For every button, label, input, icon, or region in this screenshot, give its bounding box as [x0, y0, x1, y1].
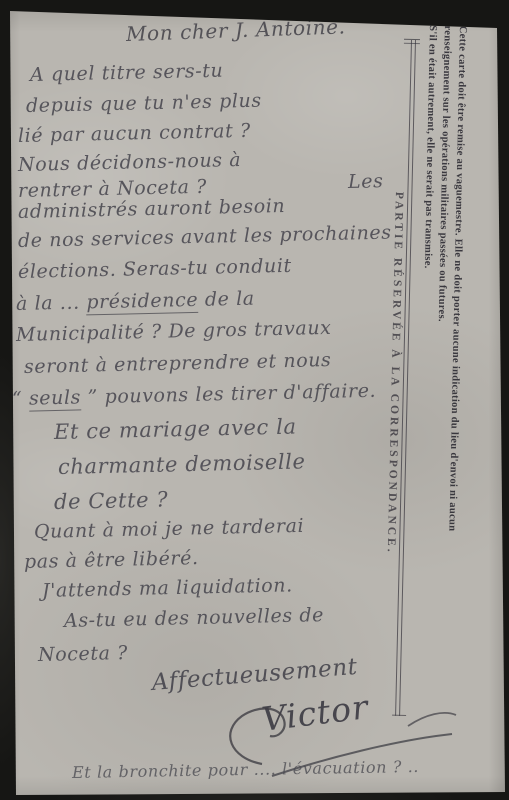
handwriting-line: Et ce mariage avec la: [54, 414, 297, 443]
handwriting-line: de nos services avant les prochaines: [18, 222, 392, 252]
handwriting-line: à la ... présidence de la: [16, 288, 255, 315]
handwriting-line: depuis que tu n'es plus: [26, 90, 262, 117]
military-instructions: Cette carte doit être remise au vaguemes…: [409, 25, 470, 744]
handwriting-line: lié par aucun contrat ?: [18, 120, 251, 147]
handwriting-line: charmante demoiselle: [58, 449, 306, 479]
line-segment: “: [12, 388, 29, 410]
handwriting-line: “ seuls ” pouvons les tirer d'affaire.: [12, 380, 377, 410]
line-segment: de la: [198, 288, 255, 311]
handwriting-line: Quant à moi je ne tarderai: [34, 515, 305, 543]
underlined-word: seuls: [29, 386, 82, 411]
handwriting-line: pas à être libéré.: [24, 547, 199, 573]
handwriting-line: élections. Seras-tu conduit: [18, 255, 292, 283]
underlined-word: présidence: [86, 289, 198, 316]
handwriting-line: J'attends ma liquidation.: [42, 574, 293, 602]
line-segment: ” pouvons les tirer d'affaire.: [81, 380, 377, 409]
handwriting-line: seront à entreprendre et nous: [24, 349, 332, 378]
line-segment: à la ...: [16, 291, 87, 315]
salutation-line: Mon cher J. Antoine.: [126, 14, 346, 46]
handwriting-line: As-tu eu des nouvelles de: [64, 604, 324, 632]
handwriting-line: administrés auront besoin: [18, 195, 286, 223]
handwriting-line: Municipalité ? De gros travaux: [16, 317, 332, 346]
handwriting-line: de Cette ?: [54, 487, 169, 514]
handwriting-line: Nous décidons-nous à: [18, 149, 242, 176]
handwriting-line: A quel titre sers-tu: [30, 60, 224, 86]
postcard-paper: Mon cher J. Antoine. A quel titre sers-t…: [0, 0, 509, 800]
handwriting-line: Noceta ?: [38, 642, 128, 666]
handwriting-line: Les: [348, 170, 384, 193]
scanned-postcard: Mon cher J. Antoine. A quel titre sers-t…: [0, 0, 509, 800]
